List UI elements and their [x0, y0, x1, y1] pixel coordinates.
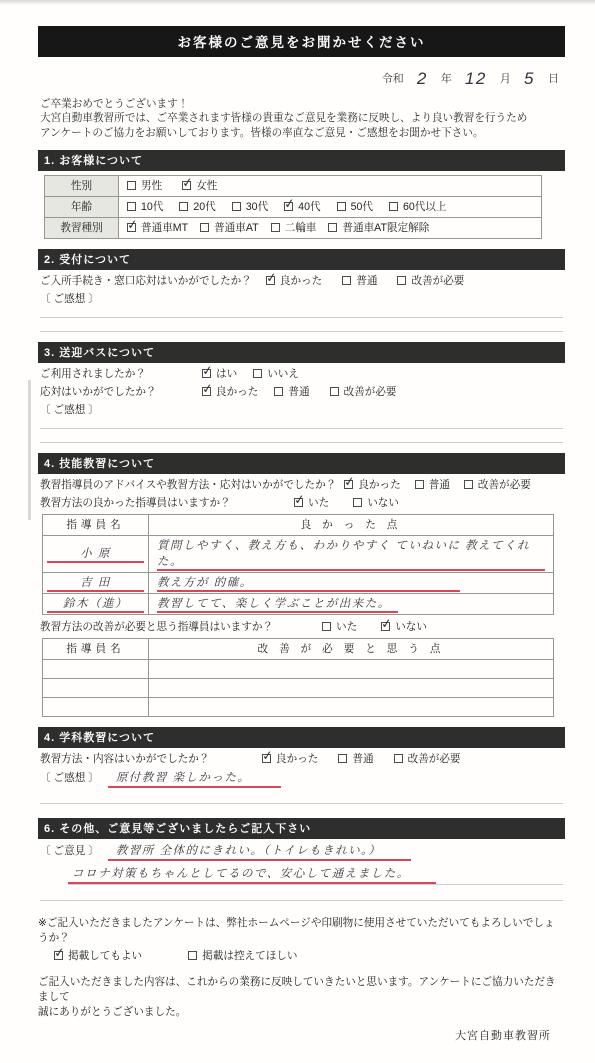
reception-comment-label: 〔 ご感想 〕 — [40, 291, 565, 306]
checkbox-icon — [232, 202, 241, 211]
intro-paragraph: ご卒業おめでとうございます！ 大宮自動車教習所では、ご卒業されます皆様の貴重なご… — [40, 97, 565, 140]
checkbox-icon — [381, 622, 390, 631]
checkbox-icon — [202, 369, 211, 378]
closing-paragraph: ご記入いただきました内容は、これからの業務に反映していきたいと思います。アンケー… — [38, 975, 565, 1019]
checkbox-label: 掲載してもよい — [68, 948, 142, 963]
date-era: 令和 — [382, 73, 404, 85]
option-age-60s-plus[interactable]: 60代以上 — [389, 199, 447, 214]
instructor-name-value[interactable]: 吉 田 — [47, 574, 144, 592]
checkbox-icon — [253, 369, 262, 378]
option-age-20s[interactable]: 20代 — [179, 199, 215, 214]
option-reception-needs-improvement[interactable]: 改善が必要 — [397, 273, 464, 288]
checkbox-icon — [179, 202, 188, 211]
table-row-course: 教習種別 普通車MT 普通車AT 二輪車 普通車AT限定解除 — [45, 217, 542, 238]
instructor-name-value[interactable]: 小 原 — [47, 545, 144, 563]
section-customer-heading: 1. お客様について — [38, 150, 565, 171]
gender-label: 性別 — [45, 175, 119, 196]
checkbox-icon — [182, 181, 191, 190]
table-row-empty — [43, 659, 554, 678]
date-day-unit: 日 — [548, 73, 559, 85]
intro-line-1: ご卒業おめでとうございます！ — [40, 97, 565, 111]
checkbox-label: 20代 — [193, 199, 215, 214]
checkbox-label: 普通 — [288, 384, 309, 399]
improve-point-cell[interactable] — [149, 678, 554, 697]
option-gender-male[interactable]: 男性 — [127, 178, 162, 193]
checkbox-icon — [389, 202, 398, 211]
option-academic-good[interactable]: 良かった — [262, 751, 318, 766]
intro-line-3: アンケートのご協力をお願いしております。皆様の率直なご意見・ご感想をお聞かせ下さ… — [40, 126, 565, 140]
checkbox-label: 普通 — [429, 477, 450, 492]
checkbox-label: 普通 — [352, 751, 373, 766]
column-header-instructor-name: 指導員名 — [43, 638, 149, 659]
checkbox-icon — [294, 498, 303, 507]
date-year-unit: 年 — [441, 73, 452, 85]
section-customer: 1. お客様について 性別 男性 女性 年齢 10代 20代 30代 40代 5… — [38, 150, 565, 239]
improve-point-cell[interactable] — [149, 659, 554, 678]
checkbox-icon — [266, 276, 275, 285]
instructor-name-cell[interactable] — [43, 659, 149, 678]
option-skill-good[interactable]: 良かった — [344, 477, 400, 492]
checkbox-icon — [330, 387, 339, 396]
checkbox-label: 40代 — [298, 199, 320, 214]
company-name: 大宮自動車教習所 — [38, 1027, 551, 1043]
checkbox-label: 改善が必要 — [478, 477, 531, 492]
option-age-40s[interactable]: 40代 — [284, 199, 320, 214]
comment-label-text: 〔 ご意見 〕 — [40, 845, 99, 857]
option-improve-instructor-yes[interactable]: いた — [322, 619, 357, 634]
course-label: 教習種別 — [45, 217, 119, 238]
table-row-age: 年齢 10代 20代 30代 40代 50代 60代以上 — [45, 196, 542, 217]
option-skill-normal[interactable]: 普通 — [415, 477, 450, 492]
option-bus-good[interactable]: 良かった — [202, 384, 258, 399]
checkbox-icon — [342, 276, 351, 285]
checkbox-label: 50代 — [351, 199, 373, 214]
reception-question: ご入所手続き・窓口応対はいかがでしたか？ — [40, 273, 252, 288]
academic-comment-value[interactable]: 原付教習 楽しかった。 — [108, 769, 281, 788]
checkbox-icon — [284, 202, 293, 211]
table-row-instructor: 吉 田 教え方が 的確。 — [43, 572, 554, 593]
checkbox-label: いない — [395, 619, 427, 634]
checkbox-icon — [202, 387, 211, 396]
improve-point-cell[interactable] — [149, 697, 554, 716]
option-good-instructor-yes[interactable]: いた — [294, 495, 329, 510]
option-bus-needs-improvement[interactable]: 改善が必要 — [330, 384, 397, 399]
section-bus: 3. 送迎バスについて ご利用されましたか？ はい いいえ 応対はいかがでしたか… — [38, 342, 565, 443]
closing-line-2: 誠にありがとうございました。 — [38, 1005, 565, 1020]
checkbox-icon — [353, 498, 362, 507]
checkbox-icon — [338, 754, 347, 763]
option-bus-used-yes[interactable]: はい — [202, 366, 237, 381]
option-age-50s[interactable]: 50代 — [337, 199, 373, 214]
section-other: 6. その他、ご意見等ございましたらご記入下さい 〔 ご意見 〕 教習所 全体的… — [38, 818, 565, 901]
column-header-good-point: 良 か っ た 点 — [149, 514, 554, 535]
section-other-heading: 6. その他、ご意見等ございましたらご記入下さい — [38, 818, 565, 839]
checkbox-label: 改善が必要 — [411, 273, 464, 288]
other-comment-line[interactable] — [40, 885, 563, 901]
scan-artifact-top — [0, 0, 595, 5]
option-course-at-limited-release[interactable]: 普通車AT限定解除 — [328, 220, 429, 235]
checkbox-icon — [262, 754, 271, 763]
checkbox-icon — [337, 202, 346, 211]
checkbox-label: 良かった — [358, 477, 400, 492]
option-improve-instructor-no[interactable]: いない — [381, 619, 427, 634]
section-academic: 4. 学科教習について 教習方法・内容はいかがでしたか？ 良かった 普通 改善が… — [38, 727, 565, 804]
section-bus-heading: 3. 送迎バスについて — [38, 342, 565, 363]
closing-line-1: ご記入いただきました内容は、これからの業務に反映していきたいと思います。アンケー… — [38, 975, 565, 1005]
academic-question: 教習方法・内容はいかがでしたか？ — [40, 751, 248, 766]
section-academic-heading: 4. 学科教習について — [38, 727, 565, 748]
bus-comment-line[interactable] — [40, 417, 563, 429]
checkbox-icon — [188, 951, 197, 960]
checkbox-label: いた — [336, 619, 357, 634]
option-reception-good[interactable]: 良かった — [266, 273, 322, 288]
checkbox-label: 改善が必要 — [344, 384, 397, 399]
table-row-instructor: 鈴木（進） 教習してて、楽しく学ぶことが出来た。 — [43, 593, 554, 614]
table-header-row: 指導員名 改 善 が 必 要 と 思 う 点 — [43, 638, 554, 659]
checkbox-label: はい — [216, 366, 237, 381]
checkbox-icon — [322, 622, 331, 631]
checkbox-icon — [344, 480, 353, 489]
checkbox-icon — [200, 223, 209, 232]
column-header-improve-point: 改 善 が 必 要 と 思 う 点 — [149, 638, 554, 659]
option-bus-used-no[interactable]: いいえ — [253, 366, 299, 381]
good-point-value[interactable]: 教習してて、楽しく学ぶことが出来た。 — [157, 595, 398, 613]
date-year-value[interactable]: 2 — [417, 69, 428, 88]
option-skill-needs-improvement[interactable]: 改善が必要 — [464, 477, 531, 492]
checkbox-icon — [127, 202, 136, 211]
checkbox-label: 60代以上 — [403, 199, 447, 214]
bus-used-question: ご利用されましたか？ — [40, 366, 188, 381]
good-point-value[interactable]: 教え方が 的確。 — [157, 574, 460, 592]
option-gender-female[interactable]: 女性 — [182, 178, 217, 193]
table-header-row: 指導員名 良 か っ た 点 — [43, 514, 554, 535]
checkbox-label: 30代 — [246, 199, 268, 214]
intro-line-2: 大宮自動車教習所では、ご卒業されます皆様の貴重なご意見を業務に反映し、より良い教… — [40, 111, 565, 125]
other-comment-label-row: 〔 ご意見 〕 教習所 全体的にきれい。（トイレもきれい。） — [40, 842, 565, 861]
instructor-name-cell[interactable] — [43, 678, 149, 697]
option-course-mt[interactable]: 普通車MT — [127, 220, 188, 235]
column-header-instructor-name: 指導員名 — [43, 514, 149, 535]
option-reception-normal[interactable]: 普通 — [342, 273, 377, 288]
checkbox-label: 掲載は控えてほしい — [202, 948, 297, 963]
checkbox-label: いいえ — [267, 366, 299, 381]
table-row-empty — [43, 697, 554, 716]
reception-comment-line[interactable] — [40, 318, 563, 332]
table-row-gender: 性別 男性 女性 — [45, 175, 542, 196]
checkbox-icon — [397, 276, 406, 285]
customer-table: 性別 男性 女性 年齢 10代 20代 30代 40代 50代 60代以上 教習 — [44, 175, 542, 239]
comment-label-text: 〔 ご感想 〕 — [40, 772, 99, 784]
option-academic-needs-improvement[interactable]: 改善が必要 — [394, 751, 461, 766]
checkbox-label: 良かった — [280, 273, 322, 288]
option-age-10s[interactable]: 10代 — [127, 199, 163, 214]
checkbox-icon — [127, 223, 136, 232]
checkbox-icon — [54, 951, 63, 960]
checkbox-label: 普通車MT — [141, 220, 188, 235]
section-skill-heading: 4. 技能教習について — [38, 453, 565, 474]
option-publish-ok[interactable]: 掲載してもよい — [54, 948, 142, 963]
skill-good-instructor-question: 教習方法の良かった指導員はいますか？ — [40, 495, 280, 510]
checkbox-label: 普通車AT限定解除 — [342, 220, 429, 235]
bus-comment-line[interactable] — [40, 429, 563, 443]
other-comment-line1-value[interactable]: 教習所 全体的にきれい。（トイレもきれい。） — [108, 842, 412, 861]
option-good-instructor-no[interactable]: いない — [353, 495, 399, 510]
checkbox-label: 改善が必要 — [408, 751, 461, 766]
table-row-empty — [43, 678, 554, 697]
survey-page: お客様のご意見をお聞かせください 令和 2 年 12 月 5 日 ご卒業おめでと… — [0, 0, 595, 1063]
option-course-motorcycle[interactable]: 二輪車 — [271, 220, 317, 235]
checkbox-label: 普通車AT — [214, 220, 259, 235]
other-comment-line2-value[interactable]: コロナ対策もちゃんとしてるので、安心して通えました。 — [68, 865, 436, 884]
checkbox-icon — [394, 754, 403, 763]
option-age-30s[interactable]: 30代 — [232, 199, 268, 214]
checkbox-label: 男性 — [141, 178, 162, 193]
scan-artifact-left — [28, 380, 31, 520]
section-reception: 2. 受付について ご入所手続き・窓口応対はいかがでしたか？ 良かった 普通 改… — [38, 249, 565, 332]
date-line: 令和 2 年 12 月 5 日 — [38, 69, 559, 89]
checkbox-label: 女性 — [196, 178, 217, 193]
checkbox-icon — [274, 387, 283, 396]
checkbox-icon — [271, 223, 280, 232]
instructor-name-cell[interactable] — [43, 697, 149, 716]
checkbox-icon — [127, 181, 136, 190]
age-label: 年齢 — [45, 196, 119, 217]
academic-comment-label: 〔 ご感想 〕 原付教習 楽しかった。 — [40, 769, 565, 788]
publish-permission-note: ※ご記入いただきましたアンケートは、弊社ホームページや印刷物に使用させていただい… — [38, 915, 565, 945]
checkbox-icon — [328, 223, 337, 232]
option-academic-normal[interactable]: 普通 — [338, 751, 373, 766]
checkbox-label: 普通 — [356, 273, 377, 288]
checkbox-icon — [464, 480, 473, 489]
reception-comment-line[interactable] — [40, 306, 563, 318]
checkbox-icon — [415, 480, 424, 489]
date-month-value[interactable]: 12 — [465, 69, 487, 88]
date-day-value[interactable]: 5 — [524, 69, 535, 88]
section-skill: 4. 技能教習について 教習指導員のアドバイスや教習方法・応対はいかがでしたか？… — [38, 453, 565, 717]
skill-improve-instructor-question: 教習方法の改善が必要と思う指導員はいますか？ — [40, 619, 308, 634]
bus-comment-label: 〔 ご感想 〕 — [40, 402, 565, 417]
page-title: お客様のご意見をお聞かせください — [38, 26, 565, 57]
checkbox-label: 二輪車 — [285, 220, 317, 235]
good-instructor-table: 指導員名 良 か っ た 点 小 原 質問しやすく、教え方も、わかりやすく てい… — [42, 514, 554, 615]
academic-comment-line[interactable] — [40, 788, 563, 804]
option-course-at[interactable]: 普通車AT — [200, 220, 259, 235]
section-reception-heading: 2. 受付について — [38, 249, 565, 270]
checkbox-label: 良かった — [276, 751, 318, 766]
skill-advice-question: 教習指導員のアドバイスや教習方法・応対はいかがでしたか？ — [40, 477, 336, 492]
option-publish-refrain[interactable]: 掲載は控えてほしい — [188, 948, 297, 963]
other-comment-line2-row: コロナ対策もちゃんとしてるので、安心して通えました。 — [68, 863, 563, 885]
checkbox-label: いない — [367, 495, 399, 510]
footer: ※ご記入いただきましたアンケートは、弊社ホームページや印刷物に使用させていただい… — [38, 915, 565, 1043]
improve-instructor-table: 指導員名 改 善 が 必 要 と 思 う 点 — [42, 638, 554, 717]
checkbox-label: 10代 — [141, 199, 163, 214]
checkbox-label: いた — [308, 495, 329, 510]
option-bus-normal[interactable]: 普通 — [274, 384, 309, 399]
instructor-name-value[interactable]: 鈴木（進） — [47, 595, 144, 613]
date-month-unit: 月 — [500, 73, 511, 85]
good-point-value[interactable]: 質問しやすく、教え方も、わかりやすく ていねいに 教えてくれた。 — [157, 537, 545, 571]
table-row-instructor: 小 原 質問しやすく、教え方も、わかりやすく ていねいに 教えてくれた。 — [43, 535, 554, 572]
checkbox-label: 良かった — [216, 384, 258, 399]
bus-service-question: 応対はいかがでしたか？ — [40, 384, 188, 399]
